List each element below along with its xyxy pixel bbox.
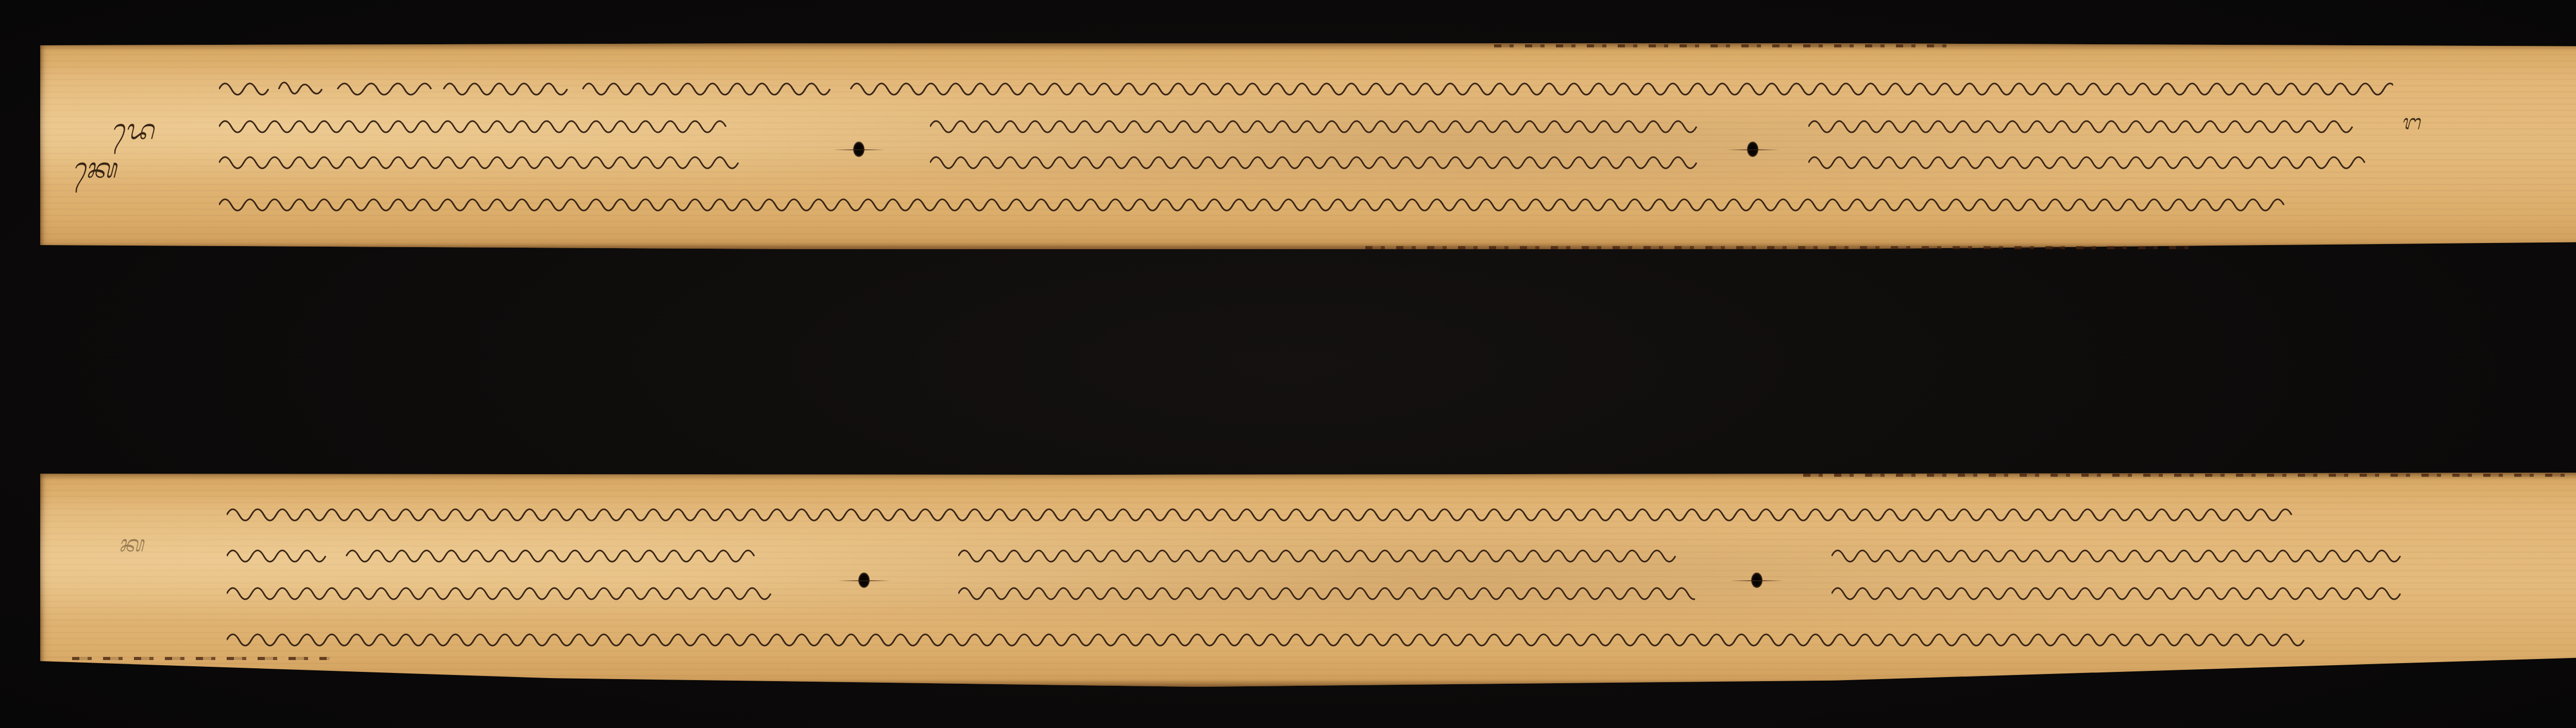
script-line: Balinese script line 4 <box>227 620 2406 656</box>
script-line: Balinese script line 3 <box>227 574 773 610</box>
script-line <box>930 143 1698 179</box>
leaf-number-mark: ᬓᬾ <box>72 154 116 182</box>
script-line <box>1808 143 2375 179</box>
trailing-mark: ᬗ <box>2401 112 2420 133</box>
binding-hole <box>1751 573 1762 588</box>
script-line: Balinese script line 4 <box>219 185 2398 221</box>
binding-hole <box>1747 142 1758 157</box>
script-line <box>958 574 1695 610</box>
binding-hole <box>853 142 865 157</box>
binding-hole <box>858 573 870 588</box>
script-line: Balinese script line 3 <box>219 143 739 179</box>
script-line <box>1808 107 2354 143</box>
leaf-number-mark: ᬤᬾ <box>111 116 154 144</box>
leaf-edge-stain <box>1494 44 1958 47</box>
leaf-edge-stain <box>1365 246 2190 249</box>
script-line: Balinese script line 1 <box>227 495 2406 531</box>
script-line <box>958 536 1685 573</box>
script-line <box>930 107 1698 143</box>
script-line: Balinese script line 1 <box>219 70 2393 106</box>
script-line: Balinese script line 2 <box>219 107 734 143</box>
faint-margin-mark: ᬓ <box>118 533 144 556</box>
leaf-edge-stain <box>1803 474 2576 477</box>
script-line: Balinese script line 2 <box>227 536 768 573</box>
leaf-edge-stain <box>72 657 330 660</box>
script-line <box>1832 536 2403 573</box>
script-line <box>1832 574 2403 610</box>
